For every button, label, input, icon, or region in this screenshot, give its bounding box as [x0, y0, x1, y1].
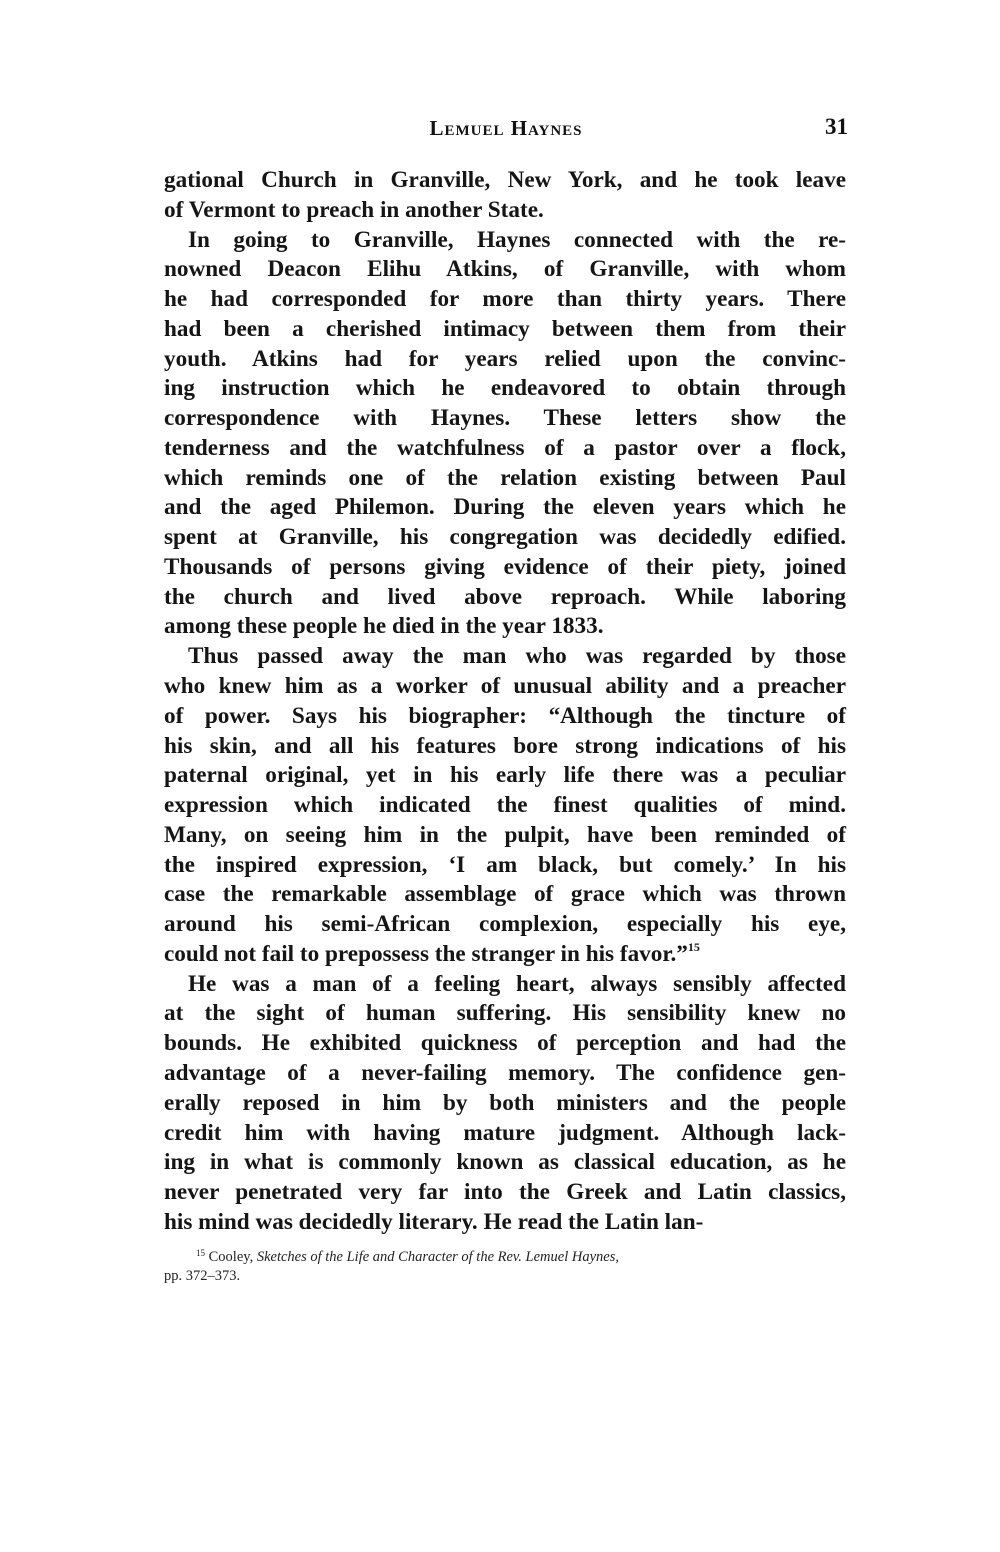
- paragraph: Thus passed away the man who was regarde…: [164, 642, 846, 969]
- text-line: at the sight of human suffering. His sen…: [164, 999, 846, 1029]
- text-line: ing instruction which he endeavored to o…: [164, 374, 846, 404]
- text-line: the inspired expression, ‘I am black, bu…: [164, 851, 846, 881]
- text-line: youth. Atkins had for years relied upon …: [164, 345, 846, 375]
- text-line: Thousands of persons giving evidence of …: [164, 553, 846, 583]
- text-line: of Vermont to preach in another State.: [164, 196, 846, 226]
- footnote-reference: 15: [688, 940, 700, 954]
- text-line: bounds. He exhibited quickness of percep…: [164, 1029, 846, 1059]
- text-line: nowned Deacon Elihu Atkins, of Granville…: [164, 255, 846, 285]
- text-line: among these people he died in the year 1…: [164, 612, 846, 642]
- text-line: case the remarkable assemblage of grace …: [164, 880, 846, 910]
- text-line: credit him with having mature judgment. …: [164, 1119, 846, 1149]
- text-line: Many, on seeing him in the pulpit, have …: [164, 821, 846, 851]
- footnote-title: Sketches of the Life and Character of th…: [257, 1249, 619, 1265]
- text-line: could not fail to prepossess the strange…: [164, 940, 846, 970]
- text-line: gational Church in Granville, New York, …: [164, 166, 846, 196]
- text-line: the church and lived above reproach. Whi…: [164, 583, 846, 613]
- paragraph: He was a man of a feeling heart, always …: [164, 970, 846, 1238]
- footnote-number: 15: [196, 1248, 205, 1258]
- text-line: In going to Granville, Haynes connected …: [164, 226, 846, 256]
- footnote: 15 Cooley, Sketches of the Life and Char…: [164, 1244, 846, 1286]
- text-line: Thus passed away the man who was regarde…: [164, 642, 846, 672]
- text-line: correspondence with Haynes. These letter…: [164, 404, 846, 434]
- text-line: ing in what is commonly known as classic…: [164, 1148, 846, 1178]
- text-line: his mind was decidedly literary. He read…: [164, 1208, 846, 1238]
- text-line: he had corresponded for more than thirty…: [164, 285, 846, 315]
- book-page: Lemuel Haynes 31 gational Church in Gran…: [0, 0, 1000, 1552]
- text-line: his skin, and all his features bore stro…: [164, 732, 846, 762]
- text-line: and the aged Philemon. During the eleven…: [164, 493, 846, 523]
- text-line: He was a man of a feeling heart, always …: [164, 970, 846, 1000]
- text-line: of power. Says his biographer: “Although…: [164, 702, 846, 732]
- text-line: erally reposed in him by both ministers …: [164, 1089, 846, 1119]
- text-line: which reminds one of the relation existi…: [164, 464, 846, 494]
- text-line: advantage of a never-failing memory. The…: [164, 1059, 846, 1089]
- running-head: Lemuel Haynes 31: [164, 112, 848, 144]
- text-line: who knew him as a worker of unusual abil…: [164, 672, 846, 702]
- paragraph: gational Church in Granville, New York, …: [164, 166, 846, 226]
- text-line: paternal original, yet in his early life…: [164, 761, 846, 791]
- text-line: spent at Granville, his congregation was…: [164, 523, 846, 553]
- page-number: 31: [825, 114, 848, 140]
- text-line: around his semi-African complexion, espe…: [164, 910, 846, 940]
- running-title: Lemuel Haynes: [164, 116, 848, 141]
- footnote-line-1: 15 Cooley, Sketches of the Life and Char…: [164, 1244, 846, 1267]
- paragraph: In going to Granville, Haynes connected …: [164, 226, 846, 643]
- text-line: never penetrated very far into the Greek…: [164, 1178, 846, 1208]
- text-line: had been a cherished intimacy between th…: [164, 315, 846, 345]
- footnote-pages: pp. 372–373.: [164, 1267, 846, 1286]
- footnote-author: Cooley,: [209, 1249, 257, 1265]
- text-line: tenderness and the watchfulness of a pas…: [164, 434, 846, 464]
- text-line: expression which indicated the finest qu…: [164, 791, 846, 821]
- body-text: gational Church in Granville, New York, …: [164, 166, 846, 1238]
